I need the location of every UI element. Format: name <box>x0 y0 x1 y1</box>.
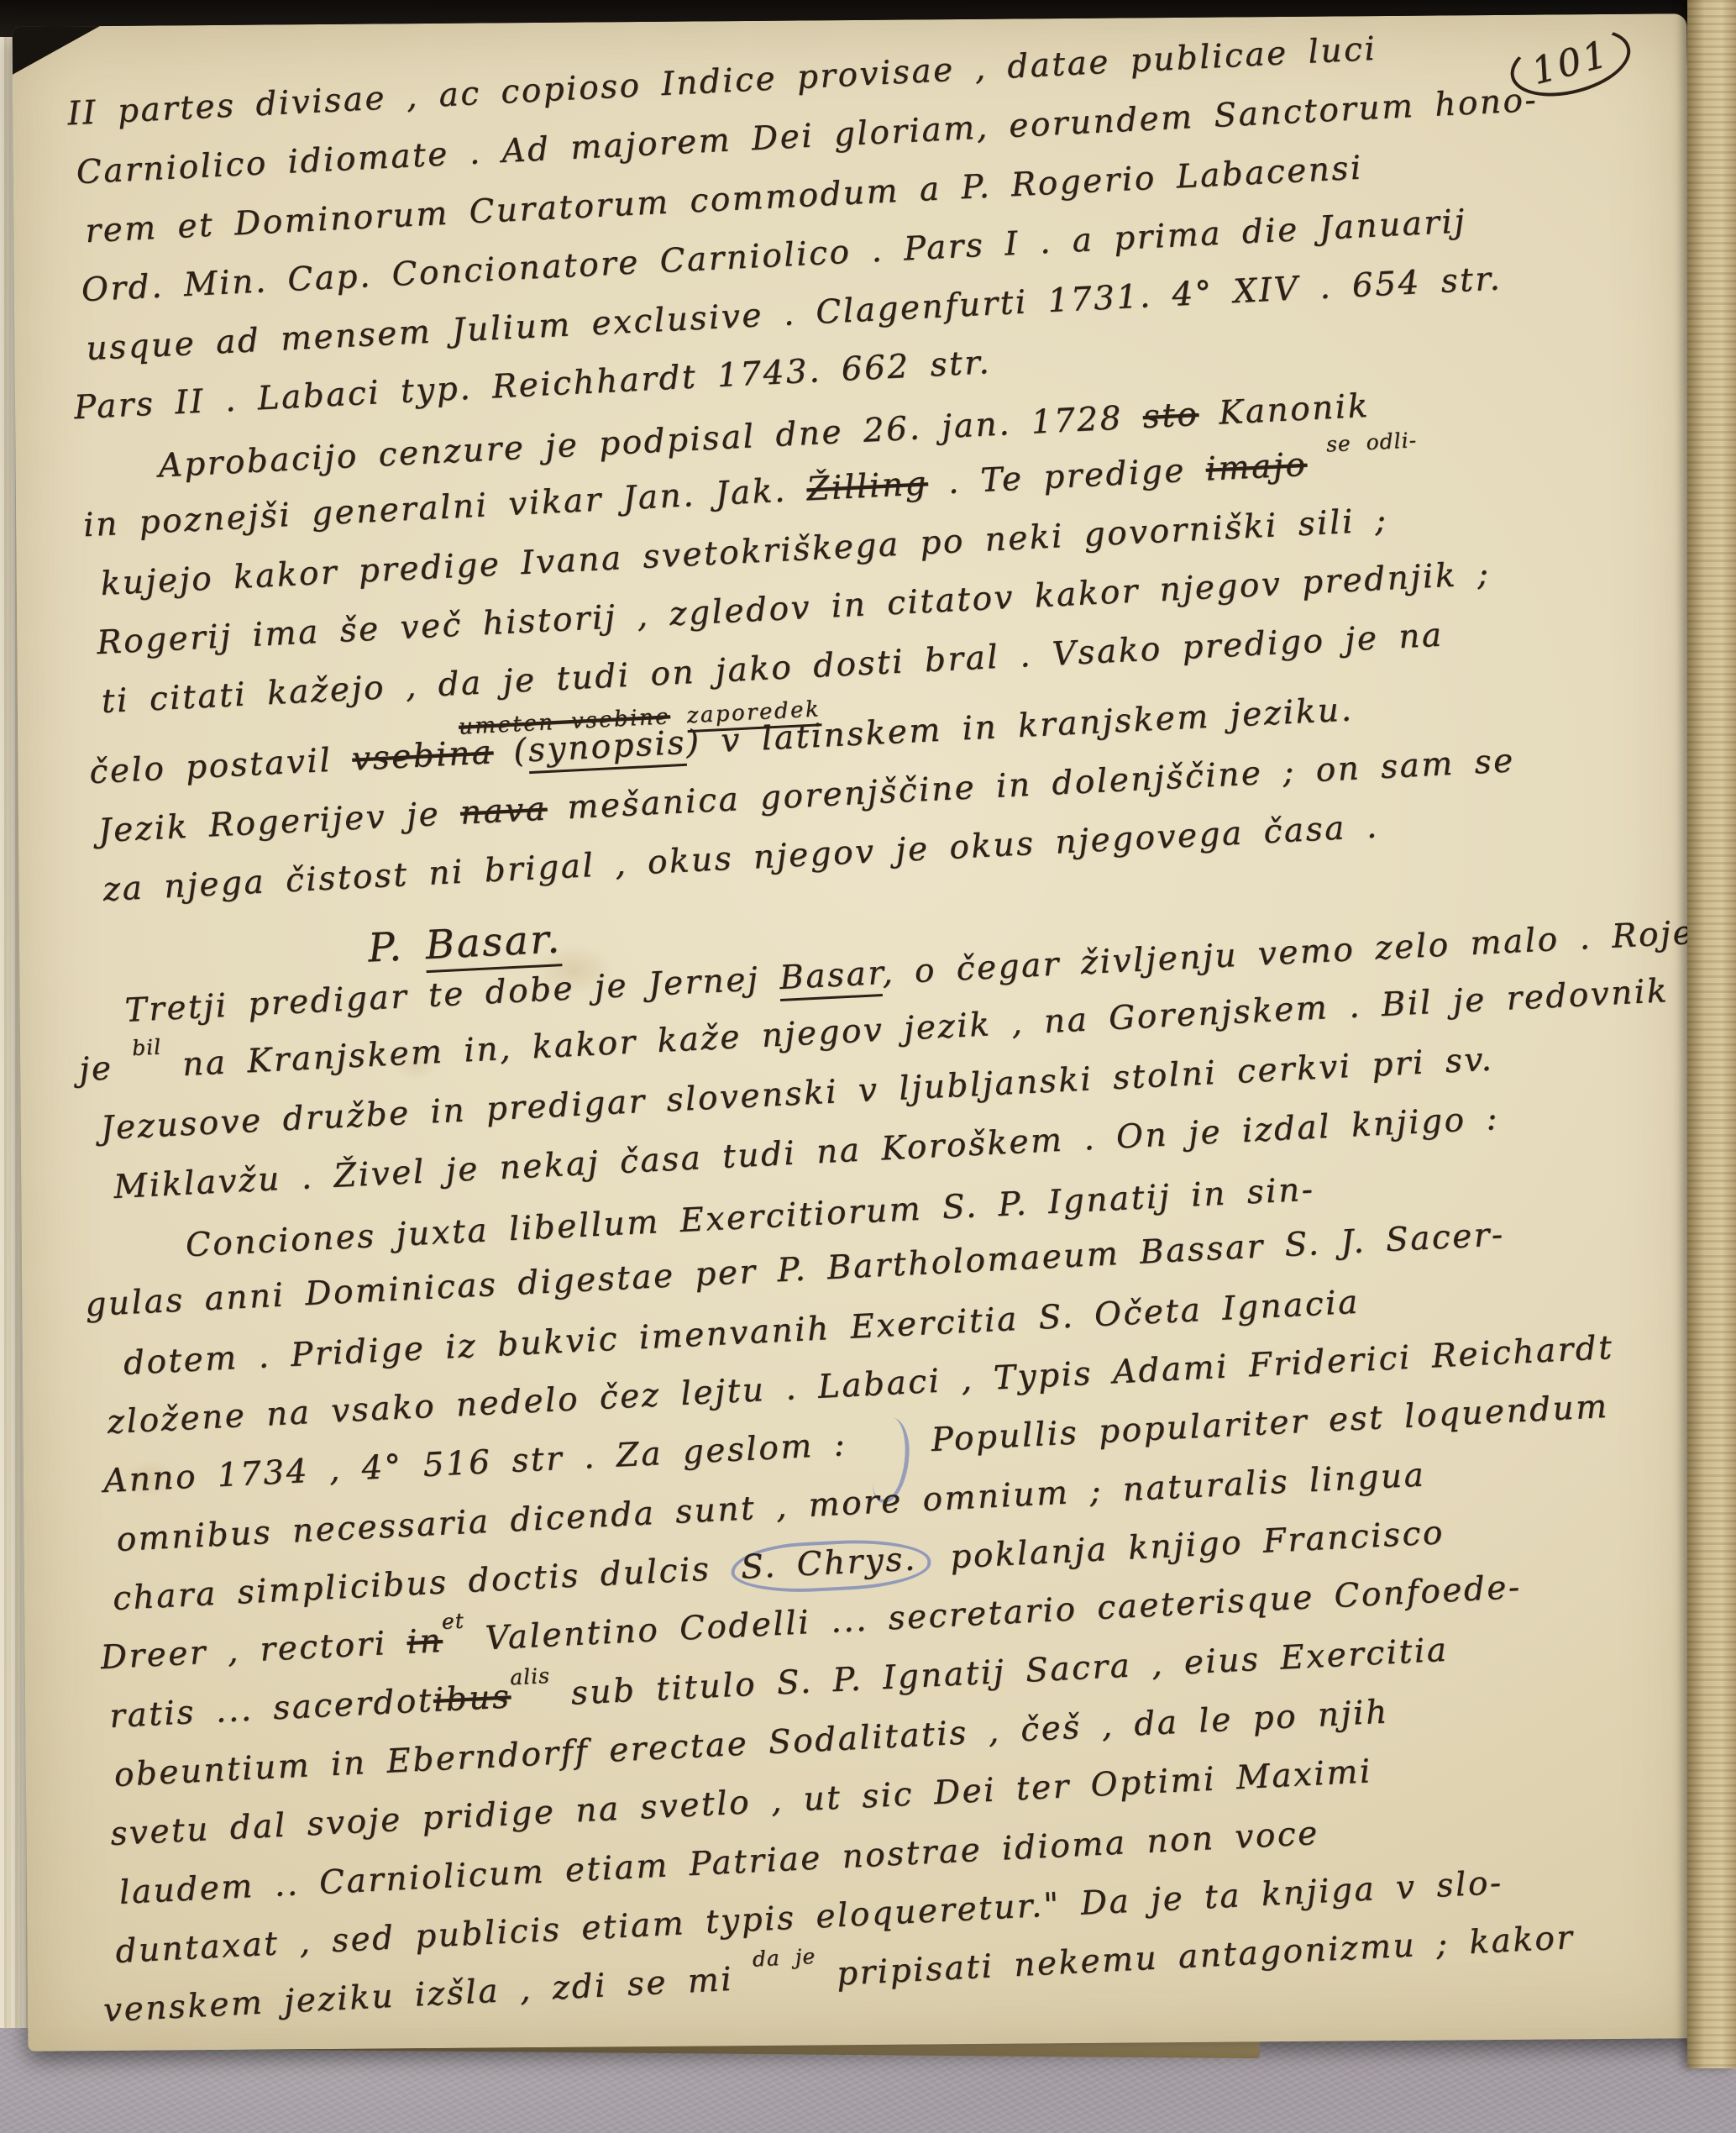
manuscript-lines: II partes divisae , ac copioso Indice pr… <box>59 73 1663 2041</box>
page-corner-gap <box>13 24 103 76</box>
manuscript-page: 101 II partes divisae , ac copioso Indic… <box>13 13 1703 2052</box>
photo-of-manuscript: { "page": { "number": "101", "heading": … <box>0 0 1736 2133</box>
book-page-edges-right <box>1687 0 1736 2068</box>
